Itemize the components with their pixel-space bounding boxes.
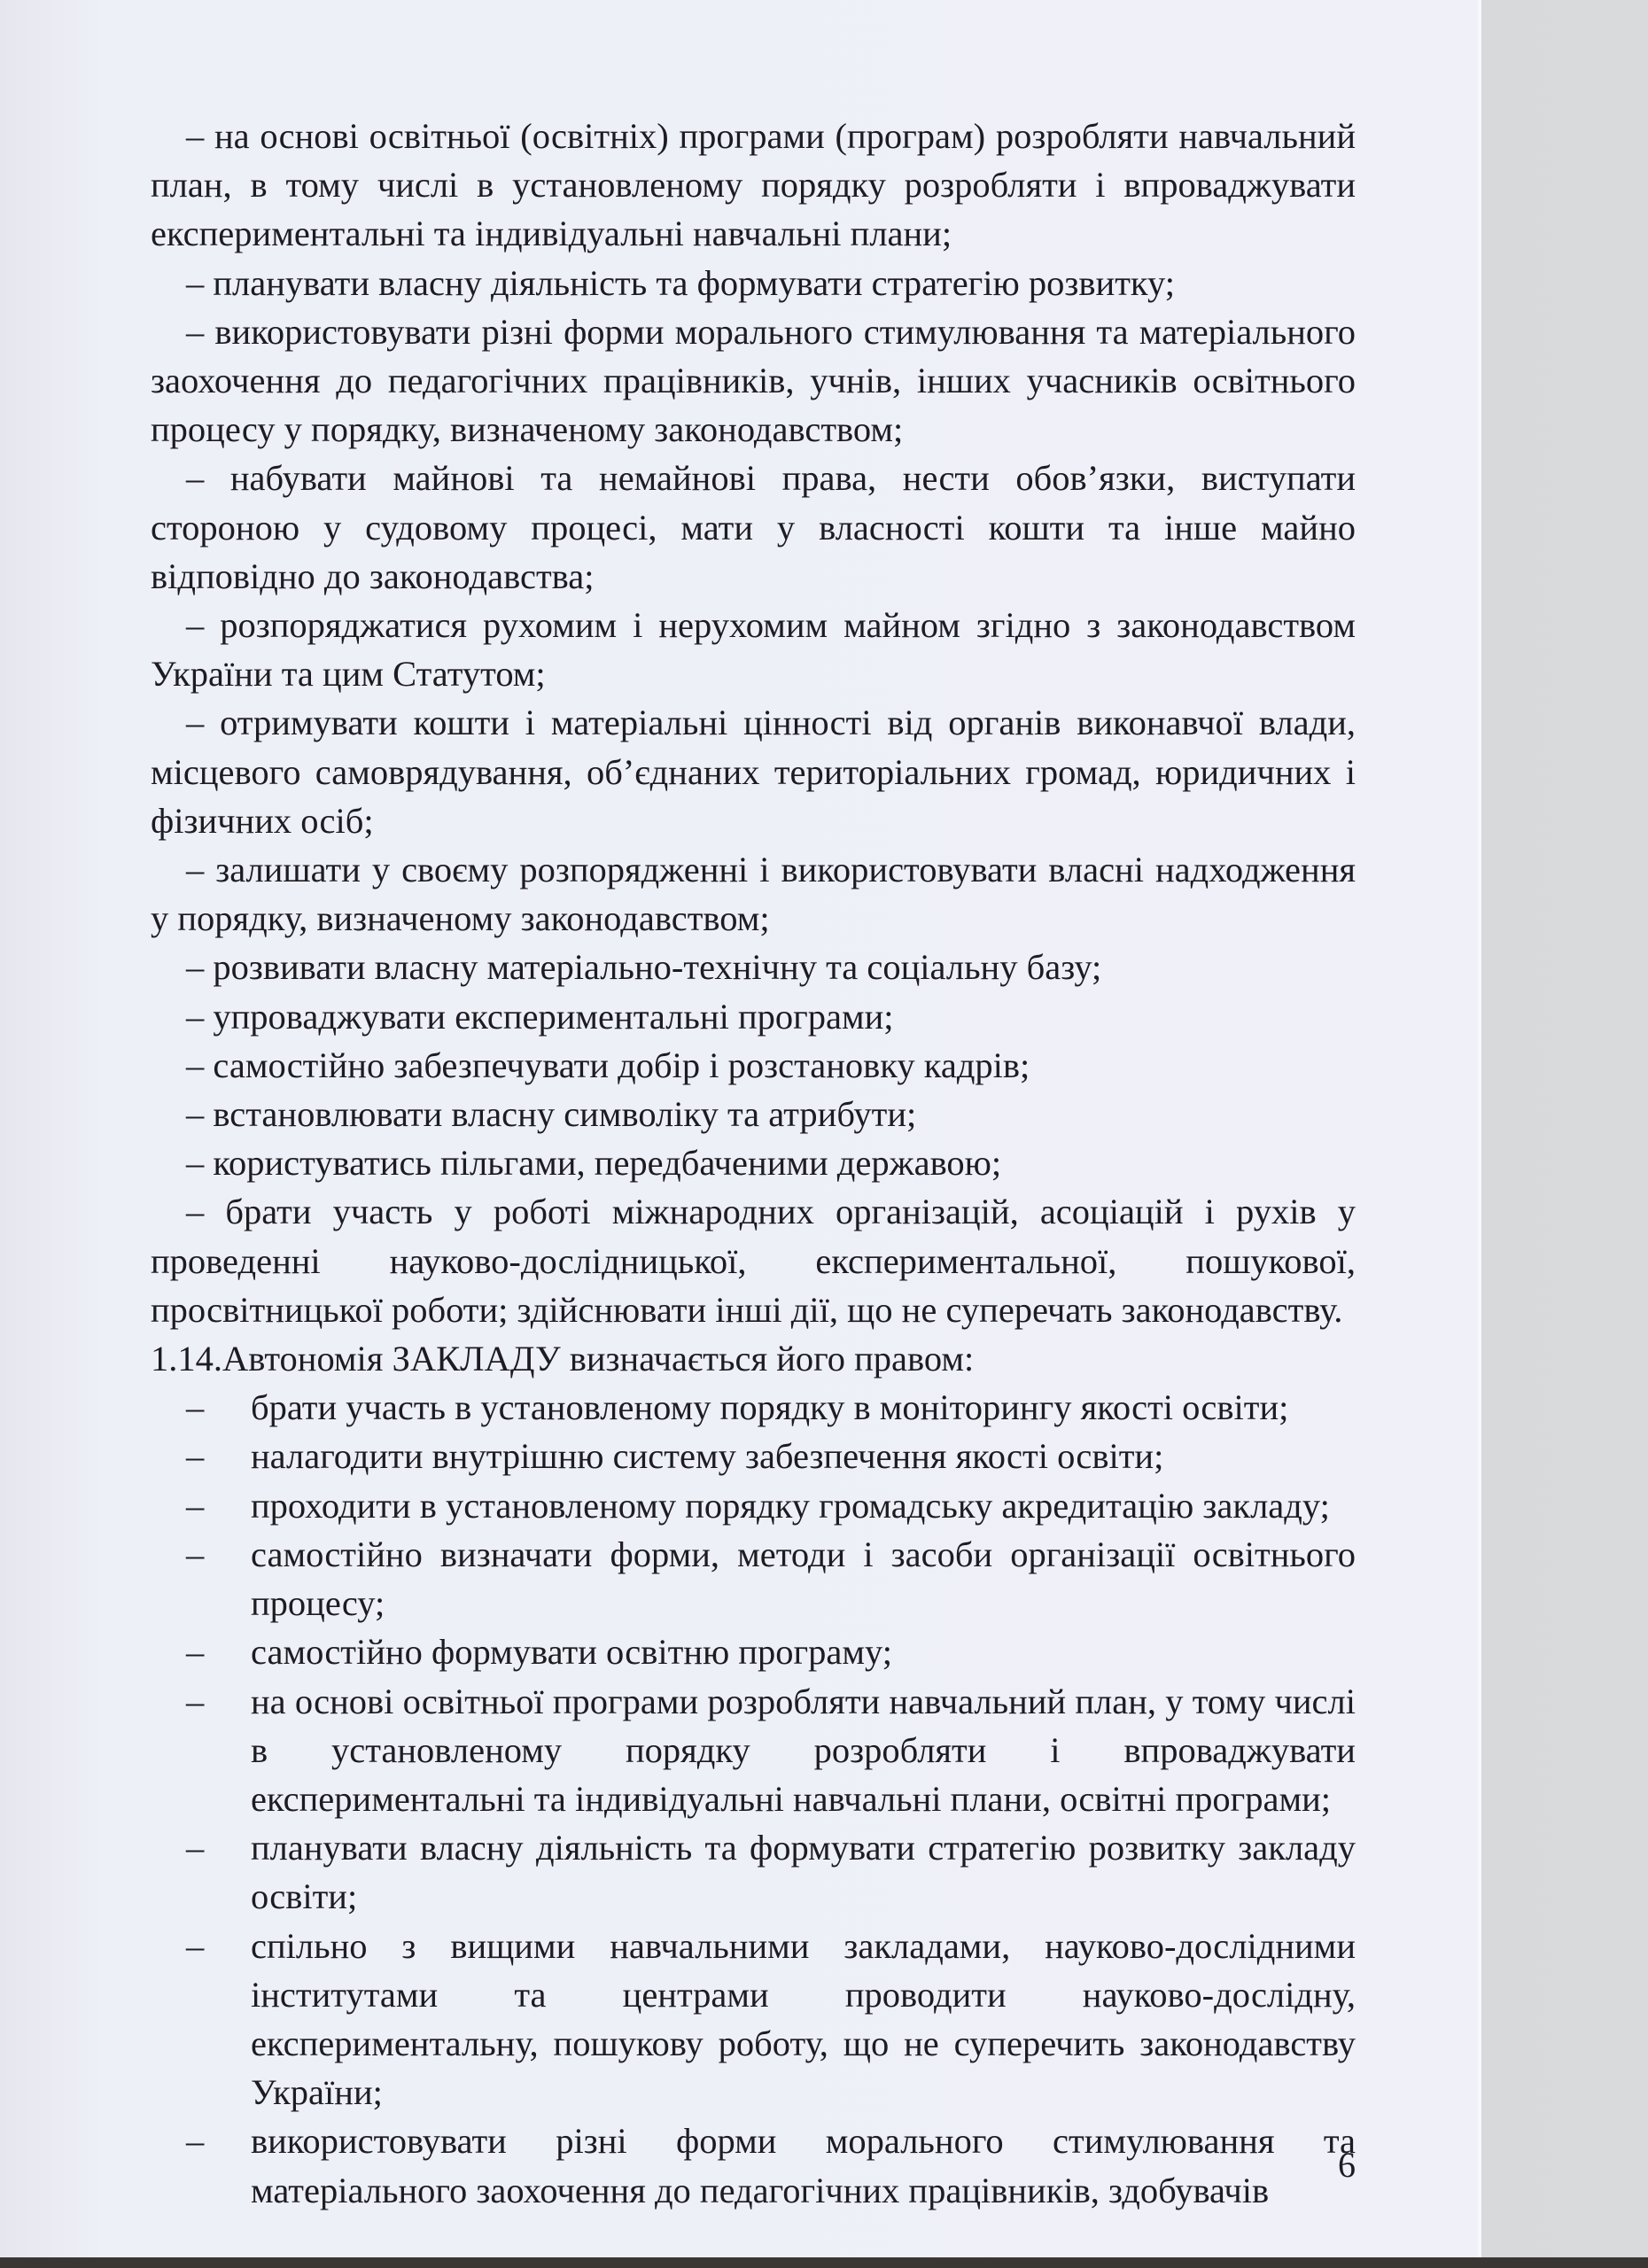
list-item: –планувати власну діяльність та формуват… [186, 1823, 1356, 1921]
list-item: – упроваджувати експериментальні програм… [151, 992, 1356, 1041]
scanner-bottom-strip [0, 2257, 1648, 2268]
dash-bullet: – [186, 1627, 251, 1676]
dash-bullet: – [186, 1922, 251, 1970]
section-a-rights-list: – на основі освітньої (освітніх) програм… [151, 112, 1356, 1334]
section-b-autonomy-list: –брати участь в установленому порядку в … [151, 1383, 1356, 2214]
list-item-text: планувати власну діяльність та формувати… [251, 1828, 1356, 1916]
list-item-text: брати участь в установленому порядку в м… [251, 1387, 1288, 1427]
list-item: – планувати власну діяльність та формува… [151, 259, 1356, 307]
list-item: – брати участь у роботі міжнародних орга… [151, 1187, 1356, 1334]
list-item-text: самостійно формувати освітню програму; [251, 1632, 892, 1672]
section-heading-autonomy: 1.14.Автономія ЗАКЛАДУ визначається його… [151, 1334, 1356, 1383]
list-item: – використовувати різні форми морального… [151, 307, 1356, 454]
list-item: – залишати у своєму розпорядженні і вико… [151, 845, 1356, 943]
list-item: – на основі освітньої (освітніх) програм… [151, 112, 1356, 259]
list-item: – встановлювати власну символіку та атри… [151, 1090, 1356, 1138]
list-item-text: налагодити внутрішню систему забезпеченн… [251, 1436, 1163, 1476]
list-item-text: проходити в установленому порядку громад… [251, 1486, 1330, 1526]
list-item-text: на основі освітньої програми розробляти … [251, 1682, 1356, 1819]
list-item: – користуватись пільгами, передбаченими … [151, 1138, 1356, 1187]
page-number: 6 [1320, 2144, 1356, 2186]
page-body: – на основі освітньої (освітніх) програм… [151, 112, 1356, 2215]
list-item: – самостійно забезпечувати добір і розст… [151, 1041, 1356, 1090]
dash-bullet: – [186, 1530, 251, 1579]
page-edge [1478, 0, 1481, 2257]
list-item: –самостійно формувати освітню програму; [186, 1627, 1356, 1676]
dash-bullet: – [186, 1823, 251, 1872]
dash-bullet: – [186, 1432, 251, 1480]
dash-bullet: – [186, 2117, 251, 2165]
list-item-text: самостійно визначати форми, методи і зас… [251, 1534, 1356, 1623]
list-item: –використовувати різні форми морального … [186, 2117, 1356, 2214]
dash-bullet: – [186, 1481, 251, 1530]
dash-bullet: – [186, 1383, 251, 1432]
list-item: –спільно з вищими навчальними закладами,… [186, 1922, 1356, 2117]
dash-bullet: – [186, 1677, 251, 1726]
list-item: – розвивати власну матеріально-технічну … [151, 943, 1356, 991]
list-item: –на основі освітньої програми розробляти… [186, 1677, 1356, 1824]
list-item: –налагодити внутрішню систему забезпечен… [186, 1432, 1356, 1480]
list-item: – отримувати кошти і матеріальні цінност… [151, 698, 1356, 845]
list-item: –самостійно визначати форми, методи і за… [186, 1530, 1356, 1627]
list-item-text: спільно з вищими навчальними закладами, … [251, 1926, 1356, 2113]
list-item: –брати участь в установленому порядку в … [186, 1383, 1356, 1432]
document-page: – на основі освітньої (освітніх) програм… [0, 0, 1478, 2257]
list-item: –проходити в установленому порядку грома… [186, 1481, 1356, 1530]
list-item-text: використовувати різні форми морального с… [251, 2121, 1356, 2210]
list-item: – розпоряджатися рухомим і нерухомим май… [151, 601, 1356, 698]
list-item: – набувати майнові та немайнові права, н… [151, 454, 1356, 601]
